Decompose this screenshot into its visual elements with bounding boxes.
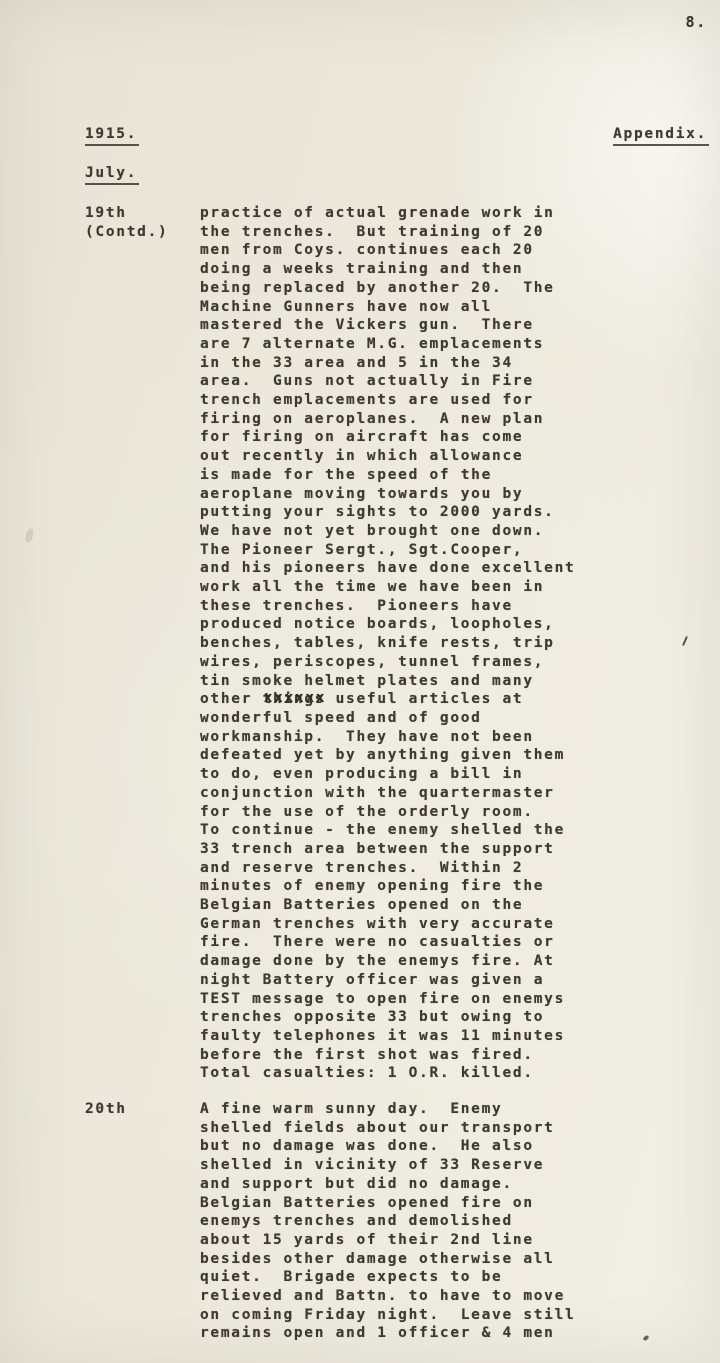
text-line: for the use of the orderly room.	[200, 803, 705, 822]
text-line: for firing on aircraft has come	[200, 428, 705, 447]
text-line: Belgian Batteries opened fire on	[200, 1194, 705, 1213]
text-line: faulty telephones it was 11 minutes	[200, 1027, 705, 1046]
text-line: damage done by the enemys fire. At	[200, 952, 705, 971]
text-line: conjunction with the quartermaster	[200, 784, 705, 803]
text-line: the trenches. But training of 20	[200, 223, 705, 242]
text-line: night Battery officer was given a	[200, 971, 705, 990]
text-line: To continue - the enemy shelled the	[200, 821, 705, 840]
overtype-xs: xxxxxx	[264, 689, 327, 708]
text-line: and support but did no damage.	[200, 1175, 705, 1194]
text-line: besides other damage otherwise all	[200, 1250, 705, 1269]
text-line: and his pioneers have done excellent	[200, 559, 705, 578]
text-line: tin smoke helmet plates and many	[200, 672, 705, 691]
text-line: on coming Friday night. Leave still	[200, 1306, 705, 1325]
text-line: defeated yet by anything given them	[200, 746, 705, 765]
text-line: practice of actual grenade work in	[200, 204, 705, 223]
text-line: minutes of enemy opening fire the	[200, 877, 705, 896]
entry-date-label: 19th(Contd.)	[85, 204, 168, 241]
text-line: putting your sights to 2000 yards.	[200, 503, 705, 522]
text-line: aeroplane moving towards you by	[200, 485, 705, 504]
text-line: benches, tables, knife rests, trip	[200, 634, 705, 653]
text-line: A fine warm sunny day. Enemy	[200, 1100, 705, 1119]
text-line: men from Coys. continues each 20	[200, 241, 705, 260]
text-line: TEST message to open fire on enemys	[200, 990, 705, 1009]
text-line: area. Guns not actually in Fire	[200, 372, 705, 391]
text-line: these trenches. Pioneers have	[200, 597, 705, 616]
text-line: and reserve trenches. Within 2	[200, 859, 705, 878]
text-line: enemys trenches and demolished	[200, 1212, 705, 1231]
text-line: We have not yet brought one down.	[200, 522, 705, 541]
text-line: relieved and Battn. to have to move	[200, 1287, 705, 1306]
text-line: is made for the speed of the	[200, 466, 705, 485]
pencil-smudge	[24, 527, 35, 543]
text-line: Belgian Batteries opened on the	[200, 896, 705, 915]
text-line: shelled in vicinity of 33 Reserve	[200, 1156, 705, 1175]
text-line: quiet. Brigade expects to be	[200, 1268, 705, 1287]
text-line: wires, periscopes, tunnel frames,	[200, 653, 705, 672]
text-line: produced notice boards, loopholes,	[200, 615, 705, 634]
entry-text: practice of actual grenade work inthe tr…	[200, 204, 705, 1083]
text-line: trenches opposite 33 but owing to	[200, 1008, 705, 1027]
text-line: but no damage was done. He also	[200, 1137, 705, 1156]
text-line: The Pioneer Sergt., Sgt.Cooper,	[200, 541, 705, 560]
text-line: workmanship. They have not been	[200, 728, 705, 747]
text-line: 33 trench area between the support	[200, 840, 705, 859]
text-line: Total casualties: 1 O.R. killed.	[200, 1064, 705, 1083]
text-line: Machine Gunners have now all	[200, 298, 705, 317]
diary-entry: 20thA fine warm sunny day. Enemyshelled …	[85, 1100, 705, 1343]
text-line: are 7 alternate M.G. emplacements	[200, 335, 705, 354]
header-month: July.	[85, 165, 139, 185]
struck-word: thingsxxxxxx	[263, 690, 326, 709]
diary-entry: 19th(Contd.)practice of actual grenade w…	[85, 204, 705, 1083]
entry-date-label: 20th	[85, 1100, 127, 1119]
page-number: 8.	[686, 13, 707, 31]
text-line: being replaced by another 20. The	[200, 279, 705, 298]
text-line: mastered the Vickers gun. There	[200, 316, 705, 335]
text-line: doing a weeks training and then	[200, 260, 705, 279]
diary-page: { "page": { "page_number": "8.", "header…	[0, 0, 720, 1363]
entries: 19th(Contd.)practice of actual grenade w…	[85, 204, 705, 1360]
text-line: out recently in which allowance	[200, 447, 705, 466]
text-line: to do, even producing a bill in	[200, 765, 705, 784]
text-line: fire. There were no casualties or	[200, 933, 705, 952]
text-line: in the 33 area and 5 in the 34	[200, 354, 705, 373]
header-year: 1915.	[85, 126, 139, 146]
text-line: before the first shot was fired.	[200, 1046, 705, 1065]
text-line: trench emplacements are used for	[200, 391, 705, 410]
text-line: work all the time we have been in	[200, 578, 705, 597]
text-line: remains open and 1 officer & 4 men	[200, 1324, 705, 1343]
text-line: shelled fields about our transport	[200, 1119, 705, 1138]
header-appendix: Appendix.	[613, 126, 709, 146]
text-line: about 15 yards of their 2nd line	[200, 1231, 705, 1250]
entry-text: A fine warm sunny day. Enemyshelled fiel…	[200, 1100, 705, 1343]
text-line: wonderful speed and of good	[200, 709, 705, 728]
text-line: German trenches with very accurate	[200, 915, 705, 934]
text-line: other thingsxxxxxx useful articles at	[200, 690, 705, 709]
text-line: firing on aeroplanes. A new plan	[200, 410, 705, 429]
